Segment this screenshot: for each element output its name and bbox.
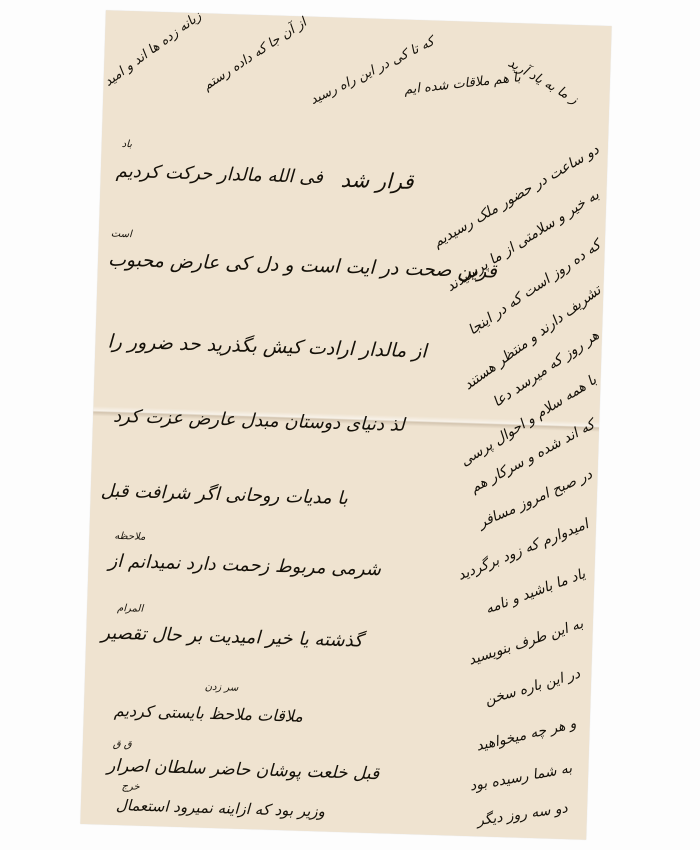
- body-line: لذ دنیای دوستان مبدل عارض عزت کرد: [113, 406, 405, 436]
- body-line-note: سر زدن: [205, 682, 239, 694]
- body-line: از مالدار ارادت کیش بگذرید حد ضرور را: [107, 330, 427, 362]
- top-line: با هم ملاقات شده ایم: [403, 70, 521, 98]
- heading-right: قرار شد: [340, 168, 414, 194]
- body-line: ملاقات ملاحظ بایستی کردیم: [114, 701, 304, 726]
- margin-line: یاد ما باشید و نامه: [483, 566, 587, 617]
- margin-line: در این باره سخن: [483, 666, 582, 709]
- margin-line: که ده روز است که در اینجا: [466, 237, 604, 338]
- top-line: زبانه زده ها اند و امید: [102, 9, 205, 90]
- heading-note: باد: [122, 139, 133, 150]
- margin-line: دو سه روز دیگر: [475, 800, 568, 829]
- margin-line: هر روز که میرسد دعا: [490, 327, 602, 410]
- body-line-note: است: [111, 229, 132, 241]
- body-line: شرمی مربوط زحمت دارد نمیدانم از: [108, 551, 381, 581]
- top-line: از آن جا که داده رستم: [200, 15, 309, 94]
- margin-line: و هر چه میخواهید: [474, 716, 577, 755]
- top-line: که تا کی در این راه رسید: [308, 34, 437, 108]
- body-line-note: خرج: [121, 781, 139, 793]
- margin-line: به این طرف بنویسید: [466, 616, 585, 669]
- body-line: قرین صحت در ایت است و دل کی عارض محبوب: [108, 248, 497, 282]
- body-line: گذشته یا خیر امیدیت بر حال تقصیر: [101, 622, 363, 651]
- heading-left: فی الله مالدار حرکت کردیم: [116, 161, 324, 188]
- letter-paper: زبانه زده ها اند و امید از آن جا که داده…: [80, 10, 611, 839]
- margin-line: به خیر و سلامتی از ما پرسیدند: [444, 187, 603, 295]
- body-line-note: ملاحظه: [114, 531, 145, 543]
- body-line-note: المرام: [117, 603, 143, 615]
- margin-line: به شما رسیده بود: [469, 760, 574, 794]
- body-line-note: ق ق: [113, 739, 132, 751]
- body-line: وزیر بود که ازاینه نمیرود استعمال: [116, 796, 326, 821]
- body-line: با مدیات روحانی اگر شرافت قبل: [100, 480, 348, 509]
- body-line: قبل خلعت پوشان حاضر سلطان اصرار: [107, 756, 380, 785]
